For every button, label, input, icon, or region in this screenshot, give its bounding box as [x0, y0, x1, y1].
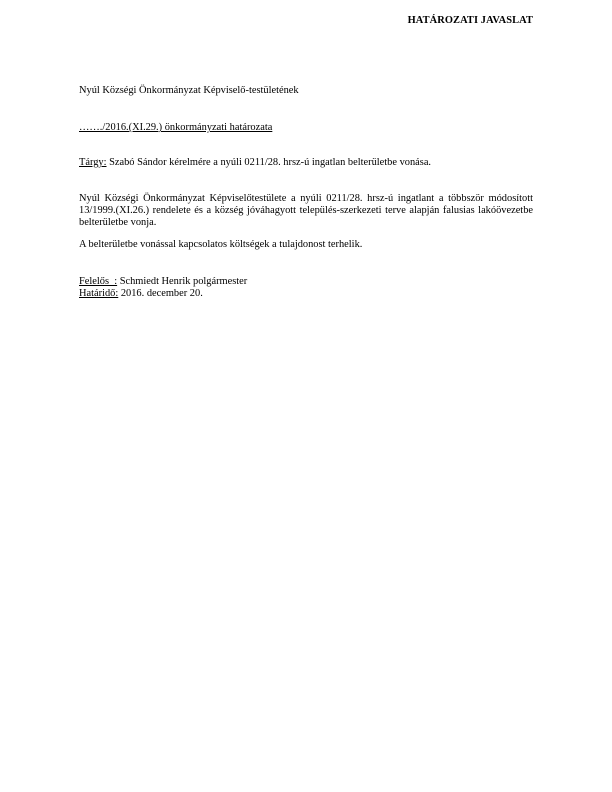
- document-header: HATÁROZATI JAVASLAT: [408, 15, 533, 27]
- deadline-line: Határidő: 2016. december 20.: [79, 288, 203, 300]
- document-page: HATÁROZATI JAVASLAT Nyúl Községi Önkormá…: [0, 0, 612, 792]
- costs-paragraph: A belterületbe vonással kapcsolatos költ…: [79, 239, 362, 251]
- addressee-line: Nyúl Községi Önkormányzat Képviselő-test…: [79, 85, 299, 97]
- body-paragraph-line: belterületbe vonja.: [79, 217, 533, 229]
- decree-number-line: ……./2016.(XI.29.) önkormányzati határoza…: [79, 122, 272, 134]
- body-paragraph-line: 13/1999.(XI.26.) rendelete és a község j…: [79, 205, 533, 217]
- deadline-value: 2016. december 20.: [118, 288, 203, 299]
- responsible-label: Felelős :: [79, 276, 117, 287]
- subject-line: Tárgy: Szabó Sándor kérelmére a nyúli 02…: [79, 157, 431, 169]
- body-paragraph: Nyúl Községi Önkormányzat Képviselőtestü…: [79, 193, 533, 229]
- body-paragraph-line: Nyúl Községi Önkormányzat Képviselőtestü…: [79, 193, 533, 205]
- subject-text: Szabó Sándor kérelmére a nyúli 0211/28. …: [107, 157, 432, 168]
- responsible-value: Schmiedt Henrik polgármester: [117, 276, 247, 287]
- responsible-line: Felelős : Schmiedt Henrik polgármester: [79, 276, 247, 288]
- subject-label: Tárgy:: [79, 157, 107, 168]
- deadline-label: Határidő:: [79, 288, 118, 299]
